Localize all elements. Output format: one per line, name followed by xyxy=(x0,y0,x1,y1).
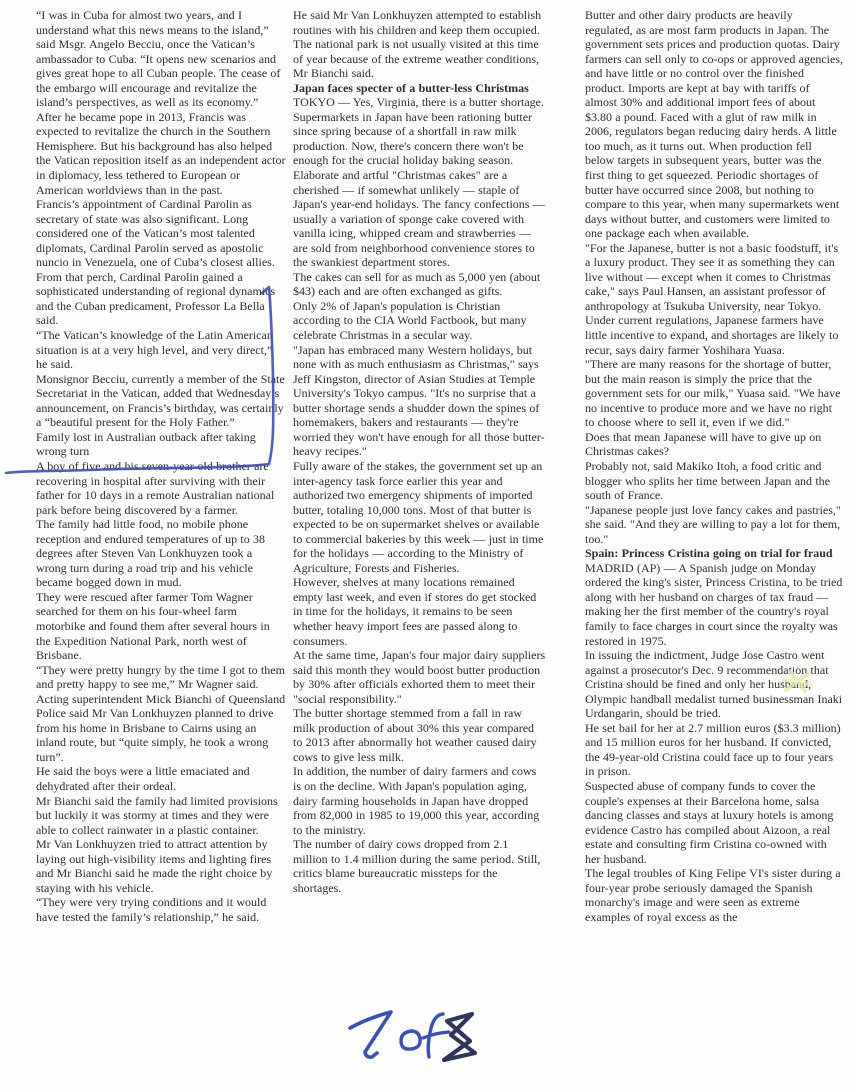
paragraph: TOKYO — Yes, Virginia, there is a butter… xyxy=(293,95,546,110)
paragraph: The cakes can sell for as much as 5,000 … xyxy=(293,270,546,299)
paragraph: "Japanese people just love fancy cakes a… xyxy=(585,503,843,547)
paragraph: “I was in Cuba for almost two years, and… xyxy=(36,8,286,110)
paragraph: Mr Bianchi said the family had limited p… xyxy=(36,794,286,838)
paragraph: Under current regulations, Japanese farm… xyxy=(585,313,843,357)
paragraph: MADRID (AP) — A Spanish judge on Monday … xyxy=(585,561,843,648)
paragraph: A boy of five and his seven-year-old bro… xyxy=(36,459,286,517)
paragraph: Does that mean Japanese will have to giv… xyxy=(585,430,843,459)
paragraph: Only 2% of Japan's population is Christi… xyxy=(293,299,546,343)
paragraph: At the same time, Japan's four major dai… xyxy=(293,648,546,706)
paragraph: After he became pope in 2013, Francis wa… xyxy=(36,110,286,197)
paragraph: Butter and other dairy products are heav… xyxy=(585,8,843,241)
text-column-3: Butter and other dairy products are heav… xyxy=(585,8,843,924)
paragraph: “The Vatican’s knowledge of the Latin Am… xyxy=(36,328,286,372)
paragraph: Probably not, said Makiko Itoh, a food c… xyxy=(585,459,843,503)
text-column-1: “I was in Cuba for almost two years, and… xyxy=(36,8,286,924)
paragraph: The family had little food, no mobile ph… xyxy=(36,517,286,590)
headline: Japan faces specter of a butter-less Chr… xyxy=(293,81,546,96)
paragraph: Acting superintendent Mick Bianchi of Qu… xyxy=(36,692,286,765)
paragraph: They were rescued after farmer Tom Wagne… xyxy=(36,590,286,663)
paragraph: Francis’s appointment of Cardinal Paroli… xyxy=(36,197,286,328)
paragraph: He said the boys were a little emaciated… xyxy=(36,764,286,793)
paragraph: Fully aware of the stakes, the governmen… xyxy=(293,459,546,575)
handwritten-page-number xyxy=(350,1012,475,1060)
paragraph: “They were pretty hungry by the time I g… xyxy=(36,663,286,692)
paragraph: "For the Japanese, butter is not a basic… xyxy=(585,241,843,314)
paragraph: He set bail for her at 2.7 million euros… xyxy=(585,721,843,779)
scanned-newspaper-page: “I was in Cuba for almost two years, and… xyxy=(0,0,850,1092)
paragraph: Elaborate and artful "Christmas cakes" a… xyxy=(293,168,546,270)
paragraph: In addition, the number of dairy farmers… xyxy=(293,764,546,837)
paragraph: Supermarkets in Japan have been rationin… xyxy=(293,110,546,168)
paragraph: "There are many reasons for the shortage… xyxy=(585,357,843,430)
paragraph: “They were very trying conditions and it… xyxy=(36,895,286,924)
paragraph: Family lost in Australian outback after … xyxy=(36,430,286,459)
paragraph: In issuing the indictment, Judge Jose Ca… xyxy=(585,648,843,721)
paragraph: The national park is not usually visited… xyxy=(293,37,546,81)
paragraph: Mr Van Lonkhuyzen tried to attract atten… xyxy=(36,837,286,895)
paragraph: However, shelves at many locations remai… xyxy=(293,575,546,648)
paragraph: The number of dairy cows dropped from 2.… xyxy=(293,837,546,895)
paragraph: Monsignor Becciu, currently a member of … xyxy=(36,372,286,430)
paragraph: "Japan has embraced many Western holiday… xyxy=(293,343,546,459)
text-column-2: He said Mr Van Lonkhuyzen attempted to e… xyxy=(293,8,546,895)
paragraph: The butter shortage stemmed from a fall … xyxy=(293,706,546,764)
paragraph: He said Mr Van Lonkhuyzen attempted to e… xyxy=(293,8,546,37)
headline: Spain: Princess Cristina going on trial … xyxy=(585,546,843,561)
paragraph: The legal troubles of King Felipe VI's s… xyxy=(585,866,843,924)
paragraph: Suspected abuse of company funds to cove… xyxy=(585,779,843,866)
